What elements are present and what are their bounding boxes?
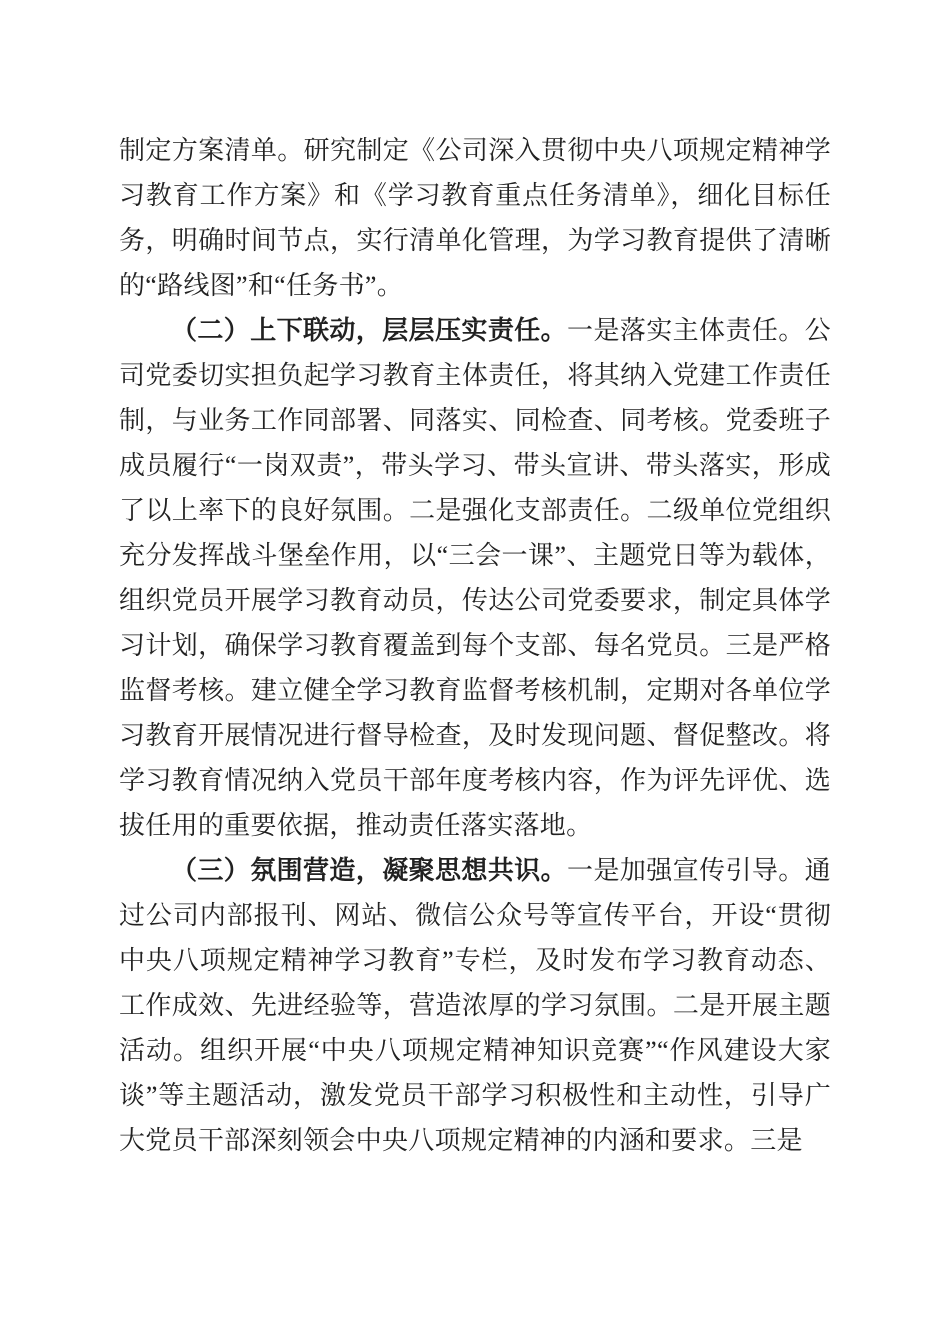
body-text-run: 制定方案清单。研究制定《公司深入贯彻中央八项规定精神学习教育工作方案》和《学习教… [119,136,831,300]
paragraph-3: （三）氛围营造，凝聚思想共识。一是加强宣传引导。通过公司内部报刊、网站、微信公众… [119,848,831,1163]
paragraph-2: （二）上下联动，层层压实责任。一是落实主体责任。公司党委切实担负起学习教育主体责… [119,308,831,848]
section-heading-run: （三）氛围营造，凝聚思想共识。 [171,856,567,885]
paragraph-1: 制定方案清单。研究制定《公司深入贯彻中央八项规定精神学习教育工作方案》和《学习教… [119,128,831,308]
body-text-run: 一是加强宣传引导。通过公司内部报刊、网站、微信公众号等宣传平台，开设“贯彻中央八… [119,856,831,1155]
section-heading-run: （二）上下联动，层层压实责任。 [171,316,567,345]
body-text-run: 一是落实主体责任。公司党委切实担负起学习教育主体责任，将其纳入党建工作责任制，与… [119,316,831,840]
document-page: 制定方案清单。研究制定《公司深入贯彻中央八项规定精神学习教育工作方案》和《学习教… [0,0,950,1344]
document-body: 制定方案清单。研究制定《公司深入贯彻中央八项规定精神学习教育工作方案》和《学习教… [119,128,831,1163]
